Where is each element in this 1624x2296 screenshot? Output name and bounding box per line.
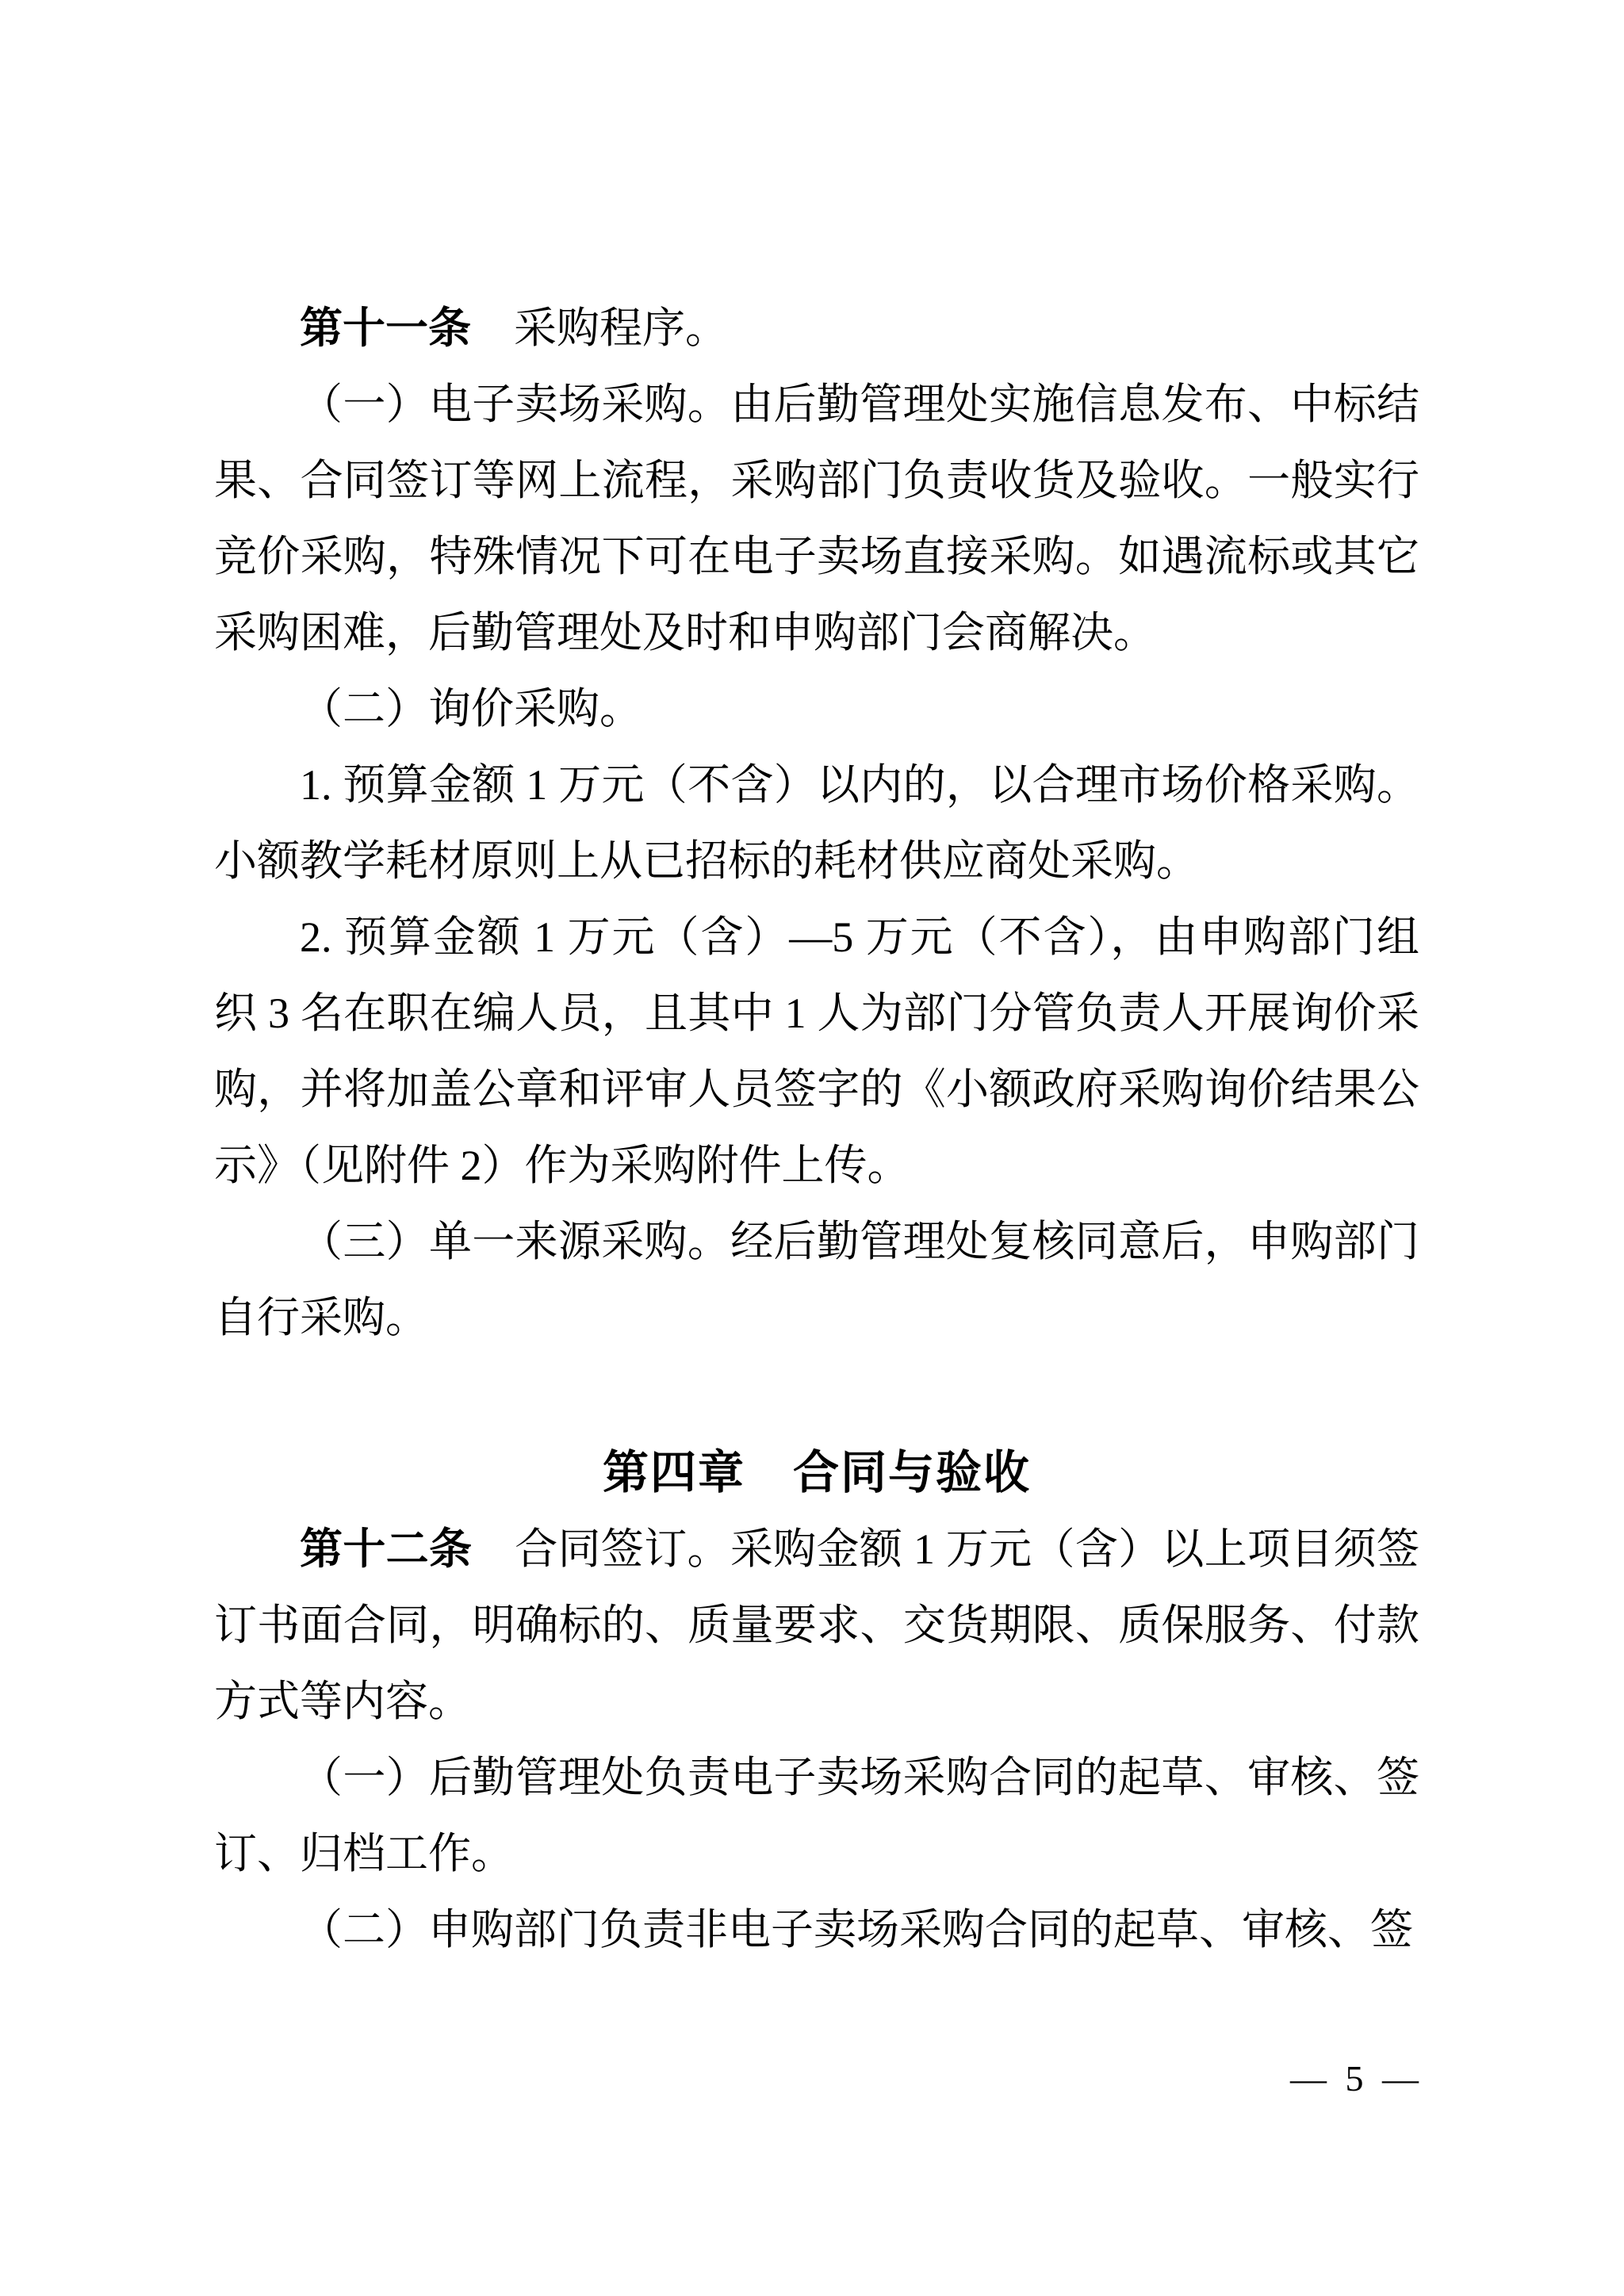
paragraph-item-2: （二）询价采购。 [214, 671, 1419, 747]
article-12-opening: 第十二条合同签订。采购金额 1 万元（含）以上项目须签订书面合同，明确标的、质量… [214, 1511, 1419, 1739]
document-body: 第十一条采购程序。 （一）电子卖场采购。由后勤管理处实施信息发布、中标结果、合同… [214, 290, 1419, 1968]
paragraph-item-1: （一）电子卖场采购。由后勤管理处实施信息发布、中标结果、合同签订等网上流程，采购… [214, 366, 1419, 671]
page-number: — 5 — [1290, 2053, 1423, 2104]
paragraph-item-2-sub-1: 1. 预算金额 1 万元（不含）以内的，以合理市场价格采购。小额教学耗材原则上从… [214, 747, 1419, 899]
article-12-number: 第十二条 [300, 1525, 472, 1573]
article-11-opening: 第十一条采购程序。 [214, 290, 1419, 366]
paragraph-contract-1: （一）后勤管理处负责电子卖场采购合同的起草、审核、签订、归档工作。 [214, 1739, 1419, 1892]
article-11-text: 采购程序。 [514, 304, 728, 352]
chapter-heading: 第四章 合同与验收 [214, 1435, 1419, 1511]
paragraph-item-3: （三）单一来源采购。经后勤管理处复核同意后，申购部门自行采购。 [214, 1203, 1419, 1356]
paragraph-contract-2: （二）申购部门负责非电子卖场采购合同的起草、审核、签 [214, 1892, 1419, 1968]
scanned-document-page: { "document": { "background_color": "#ff… [0, 0, 1624, 2296]
article-11-number: 第十一条 [300, 304, 471, 352]
paragraph-item-2-sub-2: 2. 预算金额 1 万元（含）—5 万元（不含），由申购部门组织 3 名在职在编… [214, 899, 1419, 1203]
